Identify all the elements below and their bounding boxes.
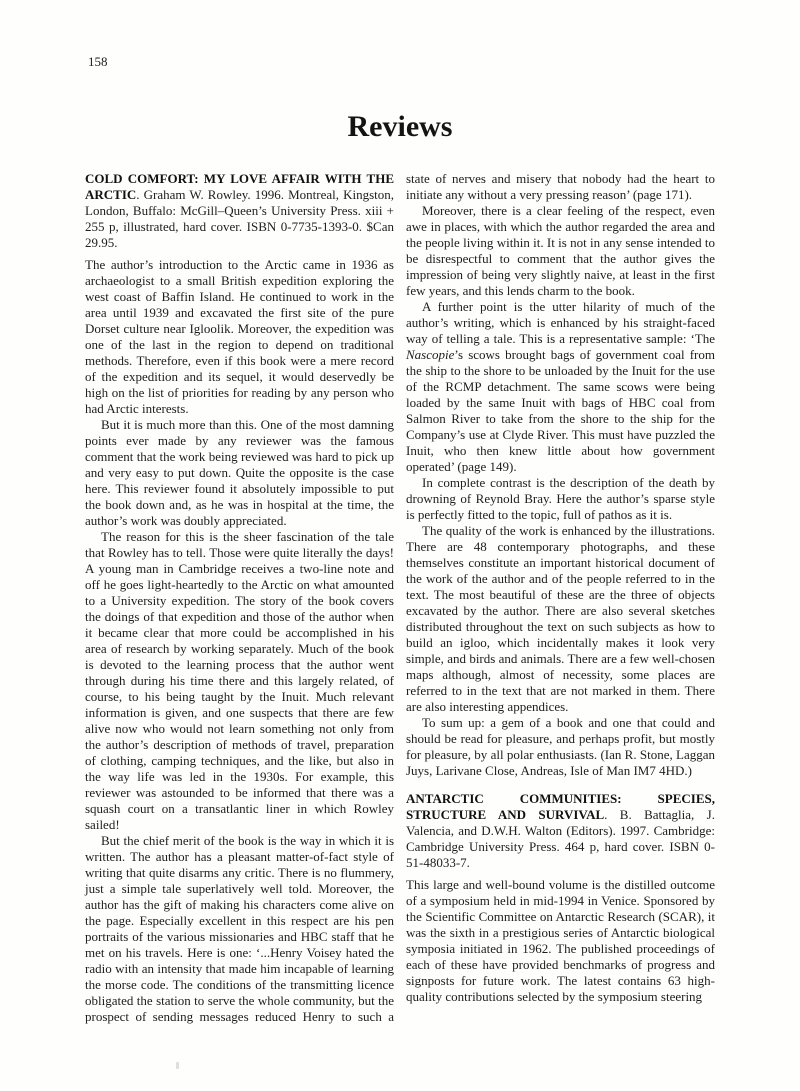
review1-paragraph-4-left-part: But the chief merit of the book is the w… (85, 833, 394, 1025)
review2-heading: ANTARCTIC COMMUNITIES: SPECIES, STRUCTUR… (406, 791, 715, 871)
review1-paragraph-6: A further point is the utter hilarity of… (406, 299, 715, 475)
review1-paragraph-1: The author’s introduction to the Arctic … (85, 257, 394, 417)
review1-paragraph-6-text-cont: ’s scows brought bags of government coal… (406, 347, 715, 474)
column-left: COLD COMFORT: MY LOVE AFFAIR WITH THE AR… (85, 171, 394, 1025)
review1-paragraph-7: In complete contrast is the description … (406, 475, 715, 523)
review1-paragraph-8: The quality of the work is enhanced by t… (406, 523, 715, 715)
review1-paragraph-5: Moreover, there is a clear feeling of th… (406, 203, 715, 299)
review1-paragraph-9: To sum up: a gem of a book and one that … (406, 715, 715, 779)
review2-paragraph-1: This large and well-bound volume is the … (406, 877, 715, 1005)
journal-page: 158 Reviews COLD COMFORT: MY LOVE AFFAIR… (0, 0, 800, 1091)
review1-paragraph-3: The reason for this is the sheer fascina… (85, 529, 394, 833)
review1-heading: COLD COMFORT: MY LOVE AFFAIR WITH THE AR… (85, 171, 394, 251)
scan-artifact (176, 1062, 179, 1069)
review1-paragraph-6-text: A further point is the utter hilarity of… (406, 299, 715, 346)
page-number: 158 (88, 54, 108, 70)
two-column-text: COLD COMFORT: MY LOVE AFFAIR WITH THE AR… (85, 171, 715, 1025)
page-title: Reviews (0, 110, 800, 144)
review1-paragraph-2: But it is much more than this. One of th… (85, 417, 394, 529)
column-right: state of nerves and misery that nobody h… (406, 171, 715, 1025)
review1-paragraph-4-right-part: state of nerves and misery that nobody h… (406, 171, 715, 203)
ship-name-italic: Nascopie (406, 347, 454, 362)
